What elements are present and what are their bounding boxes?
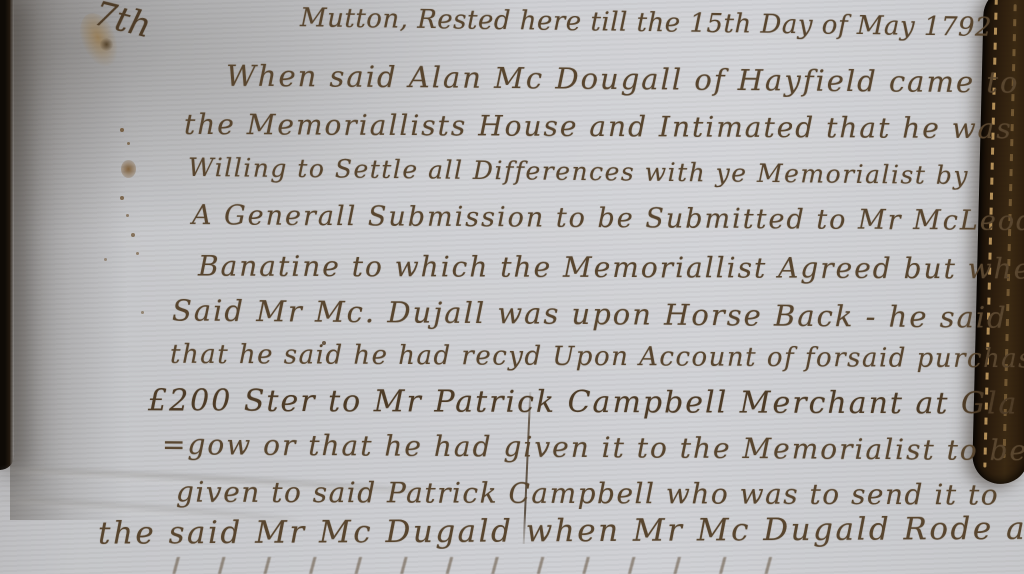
manuscript-line-1: Mutton, Rested here till the 15th Day of… [300,3,992,43]
ink-spot [136,252,139,255]
ink-spot [104,258,107,261]
manuscript-line-11: given to said Patrick Campbell who was t… [176,476,999,512]
ink-spot [120,196,124,200]
ink-spot [121,160,136,178]
manuscript-line-5: A Generall Submission to be Submitted to… [192,200,1024,237]
ink-spot [141,311,144,314]
manuscript-line-3: the Memoriallists House and Intimated th… [184,108,1013,145]
manuscript-line-4: Willing to Settle all Differences with y… [188,153,969,190]
manuscript-line-10: =gow or that he had given it to the Memo… [162,428,1024,467]
manuscript-line-7: Said Mr Mc. Dujall was upon Horse Back -… [172,293,1008,334]
manuscript-line-8: that he said he had recyd Upon Account o… [170,340,1024,375]
ink-spot [131,233,135,237]
ink-spot [126,214,129,217]
partial-line-strokes [152,557,772,574]
manuscript-photo: 7th Mutton, Rested here till the 15th Da… [0,0,1024,574]
ink-spot [120,128,124,132]
manuscript-line-12: the said Mr Mc Dugald when Mr Mc Dugald … [98,510,1024,551]
gutter-shadow [10,0,140,520]
manuscript-line-6: Banatine to which the Memoriallist Agree… [198,250,1024,286]
ink-spot [127,142,130,145]
manuscript-line-9: £200 Ster to Mr Patrick Campbell Merchan… [148,383,1019,421]
manuscript-line-2: When said Alan Mc Dougall of Hayfield ca… [226,59,1020,100]
